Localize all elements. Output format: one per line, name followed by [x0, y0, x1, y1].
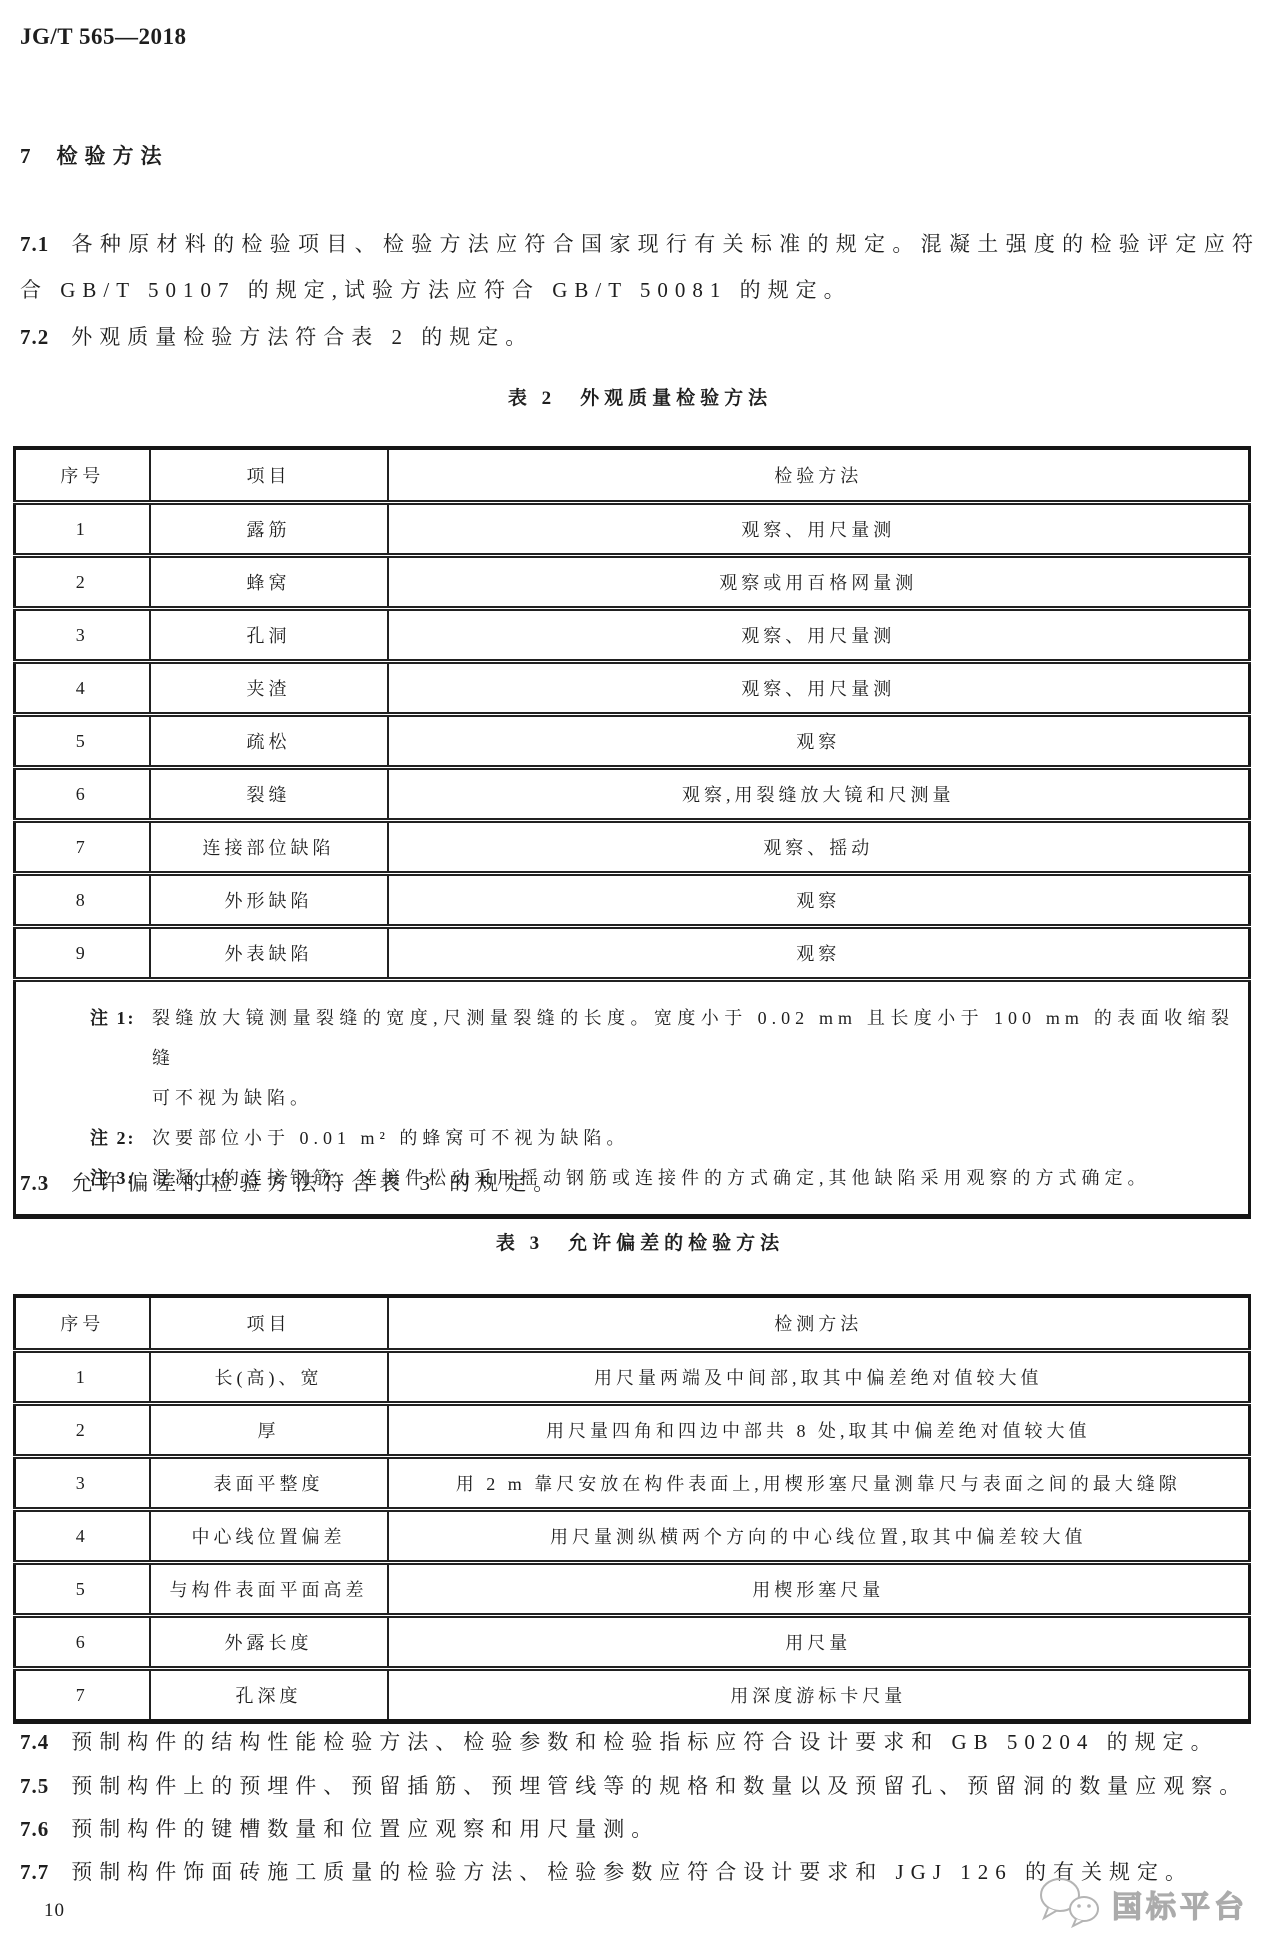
- cell-no: 4: [15, 1510, 150, 1563]
- table3-allowed-deviation: 序号 项目 检测方法 1 长(高)、宽 用尺量两端及中间部,取其中偏差绝对值较大…: [13, 1294, 1251, 1724]
- cell-no: 7: [15, 1669, 150, 1722]
- note-text: 可不视为缺陷。: [152, 1078, 1234, 1118]
- cell-no: 3: [15, 609, 150, 662]
- cell-method: 观察: [388, 927, 1250, 980]
- section-title: 检验方法: [57, 144, 169, 168]
- table-row: 4 中心线位置偏差 用尺量测纵横两个方向的中心线位置,取其中偏差较大值: [15, 1510, 1250, 1563]
- cell-method: 观察,用裂缝放大镜和尺测量: [388, 768, 1250, 821]
- page-number: 10: [44, 1900, 65, 1922]
- cell-method: 观察、摇动: [388, 821, 1250, 874]
- wechat-logo-icon: [1036, 1874, 1106, 1933]
- cell-method: 用尺量四角和四边中部共 8 处,取其中偏差绝对值较大值: [388, 1404, 1250, 1457]
- table3-col-header-method: 检测方法: [388, 1296, 1250, 1351]
- table-row: 7 孔深度 用深度游标卡尺量: [15, 1669, 1250, 1722]
- cell-item: 厚: [150, 1404, 388, 1457]
- clause-text: 预制构件饰面砖施工质量的检验方法、检验参数应符合设计要求和 JGJ 126 的有…: [71, 1860, 1193, 1884]
- clause-7-1-line-2: 合 GB/T 50107 的规定,试验方法应符合 GB/T 50081 的规定。: [20, 267, 1260, 313]
- table2-col-header-method: 检验方法: [388, 448, 1250, 503]
- section-7-heading: 7检验方法: [20, 140, 169, 170]
- note-label: 注 1:: [90, 998, 152, 1118]
- clause-number: 7.2: [20, 325, 49, 349]
- table-row: 7 连接部位缺陷 观察、摇动: [15, 821, 1250, 874]
- cell-no: 9: [15, 927, 150, 980]
- clause-number: 7.5: [20, 1774, 49, 1798]
- cell-item: 外露长度: [150, 1616, 388, 1669]
- table-row: 1 长(高)、宽 用尺量两端及中间部,取其中偏差绝对值较大值: [15, 1351, 1250, 1404]
- table2-col-header-item: 项目: [150, 448, 388, 503]
- clause-text: 合 GB/T 50107 的规定,试验方法应符合 GB/T 50081 的规定。: [20, 278, 852, 302]
- cell-item: 露筋: [150, 503, 388, 556]
- section-number: 7: [20, 144, 31, 168]
- cell-no: 6: [15, 768, 150, 821]
- table-row: 5 疏松 观察: [15, 715, 1250, 768]
- clause-number: 7.6: [20, 1817, 49, 1841]
- clause-text: 各种原材料的检验项目、检验方法应符合国家现行有关标准的规定。混凝土强度的检验评定…: [71, 232, 1260, 256]
- clause-number: 7.4: [20, 1730, 49, 1754]
- cell-item: 蜂窝: [150, 556, 388, 609]
- cell-item: 裂缝: [150, 768, 388, 821]
- table-row: 8 外形缺陷 观察: [15, 874, 1250, 927]
- cell-method: 观察、用尺量测: [388, 503, 1250, 556]
- clause-7-4: 7.4预制构件的结构性能检验方法、检验参数和检验指标应符合设计要求和 GB 50…: [20, 1726, 1219, 1756]
- cell-method: 用尺量: [388, 1616, 1250, 1669]
- cell-method: 用深度游标卡尺量: [388, 1669, 1250, 1722]
- table2-header-row: 序号 项目 检验方法: [15, 448, 1250, 503]
- cell-no: 4: [15, 662, 150, 715]
- note-2: 注 2: 次要部位小于 0.01 m² 的蜂窝可不视为缺陷。: [90, 1118, 1234, 1158]
- cell-item: 中心线位置偏差: [150, 1510, 388, 1563]
- table3-header-row: 序号 项目 检测方法: [15, 1296, 1250, 1351]
- cell-item: 与构件表面平面高差: [150, 1563, 388, 1616]
- table-row: 5 与构件表面平面高差 用楔形塞尺量: [15, 1563, 1250, 1616]
- cell-item: 疏松: [150, 715, 388, 768]
- table-row: 6 外露长度 用尺量: [15, 1616, 1250, 1669]
- note-1: 注 1: 裂缝放大镜测量裂缝的宽度,尺测量裂缝的长度。宽度小于 0.02 mm …: [90, 998, 1234, 1118]
- cell-method: 用尺量测纵横两个方向的中心线位置,取其中偏差较大值: [388, 1510, 1250, 1563]
- note-text: 次要部位小于 0.01 m² 的蜂窝可不视为缺陷。: [152, 1118, 1234, 1158]
- table2-appearance-quality: 序号 项目 检验方法 1 露筋 观察、用尺量测 2 蜂窝 观察或用百格网量测 3…: [13, 446, 1251, 1219]
- clause-text: 预制构件的键槽数量和位置应观察和用尺量测。: [71, 1817, 659, 1841]
- clause-text: 外观质量检验方法符合表 2 的规定。: [71, 325, 533, 349]
- note-body: 裂缝放大镜测量裂缝的宽度,尺测量裂缝的长度。宽度小于 0.02 mm 且长度小于…: [152, 998, 1234, 1118]
- cell-item: 孔深度: [150, 1669, 388, 1722]
- clause-7-6: 7.6预制构件的键槽数量和位置应观察和用尺量测。: [20, 1813, 659, 1843]
- table-row: 2 厚 用尺量四角和四边中部共 8 处,取其中偏差绝对值较大值: [15, 1404, 1250, 1457]
- note-text: 裂缝放大镜测量裂缝的宽度,尺测量裂缝的长度。宽度小于 0.02 mm 且长度小于…: [152, 998, 1234, 1078]
- cell-method: 观察: [388, 874, 1250, 927]
- clause-text: 预制构件的结构性能检验方法、检验参数和检验指标应符合设计要求和 GB 50204…: [71, 1730, 1218, 1754]
- cell-item: 外形缺陷: [150, 874, 388, 927]
- cell-method: 观察、用尺量测: [388, 609, 1250, 662]
- clause-number: 7.3: [20, 1171, 49, 1195]
- table3-col-header-item: 项目: [150, 1296, 388, 1351]
- cell-no: 6: [15, 1616, 150, 1669]
- clause-text: 允许偏差的检验方法符合表 3 的规定。: [71, 1171, 561, 1195]
- cell-no: 1: [15, 503, 150, 556]
- table-row: 4 夹渣 观察、用尺量测: [15, 662, 1250, 715]
- cell-item: 外表缺陷: [150, 927, 388, 980]
- clause-7-1-line-1: 7.1各种原材料的检验项目、检验方法应符合国家现行有关标准的规定。混凝土强度的检…: [20, 221, 1260, 267]
- standard-code: JG/T 565—2018: [20, 24, 186, 50]
- clause-7-7: 7.7预制构件饰面砖施工质量的检验方法、检验参数应符合设计要求和 JGJ 126…: [20, 1856, 1193, 1886]
- cell-item: 表面平整度: [150, 1457, 388, 1510]
- cell-method: 用楔形塞尺量: [388, 1563, 1250, 1616]
- cell-no: 5: [15, 1563, 150, 1616]
- table2-title: 表 2 外观质量检验方法: [0, 383, 1280, 410]
- cell-no: 2: [15, 556, 150, 609]
- table-row: 3 孔洞 观察、用尺量测: [15, 609, 1250, 662]
- table3-title: 表 3 允许偏差的检验方法: [0, 1228, 1280, 1255]
- clause-number: 7.7: [20, 1860, 49, 1884]
- table2-col-header-no: 序号: [15, 448, 150, 503]
- cell-item: 连接部位缺陷: [150, 821, 388, 874]
- cell-method: 观察、用尺量测: [388, 662, 1250, 715]
- clause-7-2: 7.2外观质量检验方法符合表 2 的规定。: [20, 314, 1260, 360]
- cell-no: 1: [15, 1351, 150, 1404]
- clause-text: 预制构件上的预埋件、预留插筋、预埋管线等的规格和数量以及预留孔、预留洞的数量应观…: [71, 1774, 1247, 1798]
- cell-no: 5: [15, 715, 150, 768]
- cell-method: 用 2 m 靠尺安放在构件表面上,用楔形塞尺量测靠尺与表面之间的最大缝隙: [388, 1457, 1250, 1510]
- watermark-text: 国标平台: [1112, 1882, 1248, 1926]
- cell-method: 用尺量两端及中间部,取其中偏差绝对值较大值: [388, 1351, 1250, 1404]
- table-row: 6 裂缝 观察,用裂缝放大镜和尺测量: [15, 768, 1250, 821]
- table-row: 9 外表缺陷 观察: [15, 927, 1250, 980]
- cell-no: 3: [15, 1457, 150, 1510]
- clause-7-1: 7.1各种原材料的检验项目、检验方法应符合国家现行有关标准的规定。混凝土强度的检…: [20, 221, 1260, 313]
- clause-number: 7.1: [20, 232, 49, 256]
- clause-7-5: 7.5预制构件上的预埋件、预留插筋、预埋管线等的规格和数量以及预留孔、预留洞的数…: [20, 1770, 1247, 1800]
- watermark: 国标平台: [1036, 1874, 1248, 1933]
- cell-no: 7: [15, 821, 150, 874]
- cell-method: 观察或用百格网量测: [388, 556, 1250, 609]
- table3-col-header-no: 序号: [15, 1296, 150, 1351]
- table-row: 1 露筋 观察、用尺量测: [15, 503, 1250, 556]
- note-label: 注 2:: [90, 1118, 152, 1158]
- cell-method: 观察: [388, 715, 1250, 768]
- table-row: 2 蜂窝 观察或用百格网量测: [15, 556, 1250, 609]
- cell-item: 孔洞: [150, 609, 388, 662]
- cell-item: 夹渣: [150, 662, 388, 715]
- cell-no: 8: [15, 874, 150, 927]
- cell-item: 长(高)、宽: [150, 1351, 388, 1404]
- clause-7-3: 7.3允许偏差的检验方法符合表 3 的规定。: [20, 1160, 1260, 1206]
- cell-no: 2: [15, 1404, 150, 1457]
- table-row: 3 表面平整度 用 2 m 靠尺安放在构件表面上,用楔形塞尺量测靠尺与表面之间的…: [15, 1457, 1250, 1510]
